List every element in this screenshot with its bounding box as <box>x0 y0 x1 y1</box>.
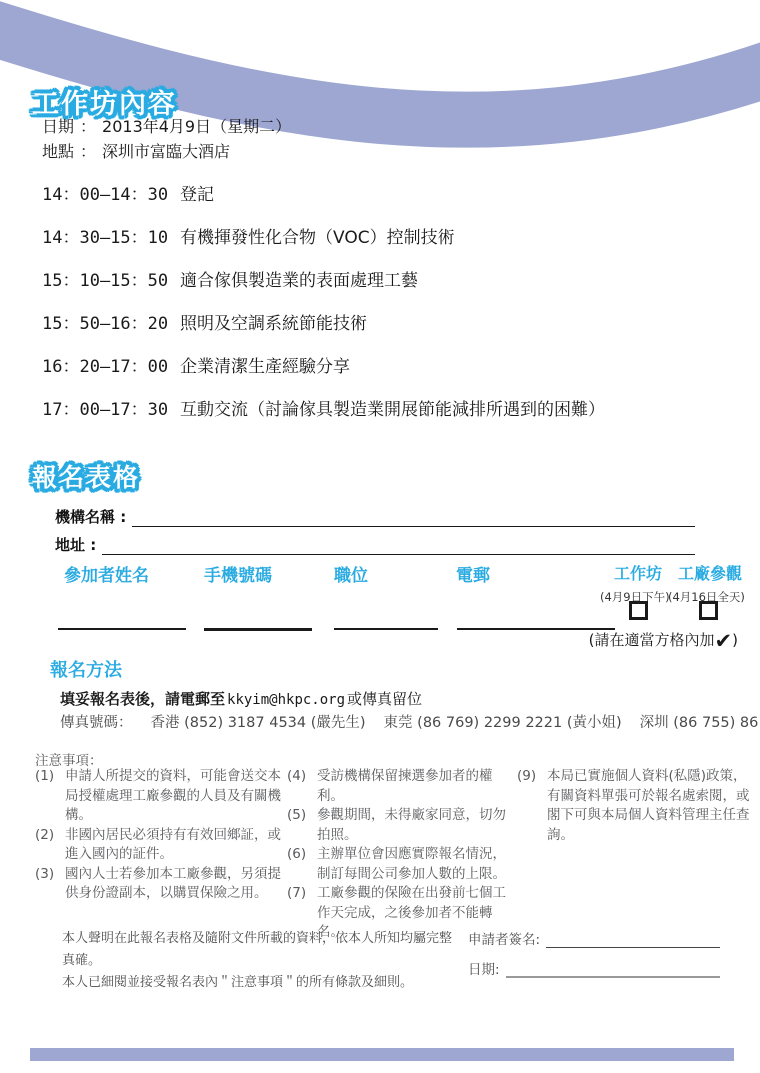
note-item: (4) 受訪機構保留揀選參加者的權利。 <box>287 767 519 806</box>
note-item: (6) 主辦單位會因應實際報名情況，制訂每間公司參加人數的上限。 <box>287 845 519 884</box>
venue-value: 深圳市富臨大酒店 <box>102 142 230 161</box>
signature-label: 申請者簽名: <box>468 928 540 948</box>
date-separator: ： <box>80 117 96 136</box>
fax-shenzhen: 深圳 (86 755) 8616 8811 (彭先生) <box>640 715 760 731</box>
schedule-row: 15：50—16：20 照明及空調系統節能技術 <box>42 309 605 352</box>
note-item: (3) 國內人士若參加本工廠參觀，另須提供身份證副本，以購買保險之用。 <box>35 865 291 904</box>
column-header-workshop: 工作坊 <box>614 561 662 584</box>
tick-instruction-text: (請在適當方格內加 <box>589 631 715 649</box>
mobile-number-input[interactable] <box>204 628 312 631</box>
schedule-activity: 企業清潔生產經驗分享 <box>180 352 350 377</box>
tick-instruction-close: ) <box>732 631 738 649</box>
note-number: (6) <box>287 845 317 884</box>
organisation-name-row: 機構名稱 : <box>55 506 695 527</box>
schedule-time: 17：00—17：30 <box>42 395 180 420</box>
factory-visit-checkbox[interactable] <box>699 601 718 620</box>
address-input[interactable] <box>102 536 695 555</box>
note-number: (3) <box>35 865 65 904</box>
note-item: (5) 參觀期間，未得廠家同意，切勿拍照。 <box>287 806 519 845</box>
event-info: 日期：2013年4月9日（星期二） 地點：深圳市富臨大酒店 <box>42 114 291 164</box>
fax-label: 傳真號碼： <box>60 715 133 731</box>
notes-column-2: (4) 受訪機構保留揀選參加者的權利。 (5) 參觀期間，未得廠家同意，切勿拍照… <box>287 767 519 943</box>
note-text: 申請人所提交的資料，可能會送交本局授權處理工廠參觀的人員及有關機構。 <box>65 767 291 826</box>
date-input[interactable] <box>506 961 720 978</box>
note-text: 國內人士若參加本工廠參觀，另須提供身份證副本，以購買保險之用。 <box>65 865 291 904</box>
note-number: (1) <box>35 767 65 826</box>
note-text: 受訪機構保留揀選參加者的權利。 <box>317 767 519 806</box>
schedule-activity: 適合傢俱製造業的表面處理工藝 <box>180 266 418 291</box>
organisation-name-input[interactable] <box>132 508 695 527</box>
date-row: 日期: <box>468 958 720 978</box>
checkmark-icon: ✔ <box>715 629 733 653</box>
note-text: 主辦單位會因應實際報名情況，制訂每間公司參加人數的上限。 <box>317 845 519 884</box>
address-row: 地址 : <box>55 534 695 555</box>
column-header-position: 職位 <box>334 561 368 586</box>
schedule-time: 14：30—15：10 <box>42 223 180 248</box>
note-number: (2) <box>35 826 65 865</box>
note-text: 參觀期間，未得廠家同意，切勿拍照。 <box>317 806 519 845</box>
footer-decoration-bar <box>30 1048 734 1061</box>
declaration-line-2: 本人已細閱並接受報名表內＂注意事項＂的所有條款及細則。 <box>62 972 464 994</box>
schedule-activity: 互動交流（討論傢具製造業開展節能減排所遇到的困難） <box>180 395 605 420</box>
date-value: 2013年4月9日（星期二） <box>102 117 291 136</box>
schedule-row: 17：00—17：30 互動交流（討論傢具製造業開展節能減排所遇到的困難） <box>42 395 605 438</box>
signature-row: 申請者簽名: <box>468 928 720 948</box>
schedule-row: 14：00—14：30 登記 <box>42 180 605 223</box>
column-header-participant-name: 參加者姓名 <box>64 561 149 586</box>
column-header-email: 電郵 <box>456 561 490 586</box>
event-venue-row: 地點：深圳市富臨大酒店 <box>42 139 291 164</box>
declaration-text: 本人聲明在此報名表格及隨附文件所載的資料，依本人所知均屬完整真確。 本人已細閱並… <box>62 928 464 994</box>
note-item: (1) 申請人所提交的資料，可能會送交本局授權處理工廠參觀的人員及有關機構。 <box>35 767 291 826</box>
schedule-time: 15：10—15：50 <box>42 266 180 291</box>
email-instruction-rest: 或傳真留位 <box>347 690 422 708</box>
venue-separator: ： <box>80 142 96 161</box>
organisation-name-label: 機構名稱 : <box>55 506 126 527</box>
registration-form-page: 工作坊內容 日期：2013年4月9日（星期二） 地點：深圳市富臨大酒店 14：0… <box>0 0 760 1073</box>
date-label: 日期 <box>42 117 74 136</box>
schedule-activity: 照明及空調系統節能技術 <box>180 309 367 334</box>
schedule-time: 16：20—17：00 <box>42 352 180 377</box>
registration-method-fax-line: 傳真號碼：香港 (852) 3187 4534 (嚴先生)東莞 (86 769)… <box>60 711 760 732</box>
declaration-line-1: 本人聲明在此報名表格及隨附文件所載的資料，依本人所知均屬完整真確。 <box>62 928 464 972</box>
registration-email-address: kkyim@hkpc.org <box>227 692 345 708</box>
note-number: (9) <box>517 767 547 845</box>
schedule-time: 15：50—16：20 <box>42 309 180 334</box>
fax-dongguan: 東莞 (86 769) 2299 2221 (黃小姐) <box>384 715 622 731</box>
participant-name-input[interactable] <box>58 628 186 630</box>
tick-instruction: (請在適當方格內加✔) <box>589 629 738 653</box>
note-text: 本局已實施個人資料(私隱)政策，有關資料單張可於報名處索閱，或閣下可與本局個人資… <box>547 767 757 845</box>
date-label: 日期: <box>468 958 500 978</box>
column-header-factory-visit: 工廠參觀 <box>678 561 742 584</box>
section-title-registration-method: 報名方法 <box>50 656 122 682</box>
schedule-time: 14：00—14：30 <box>42 180 180 205</box>
venue-label: 地點 <box>42 142 74 161</box>
schedule-row: 15：10—15：50 適合傢俱製造業的表面處理工藝 <box>42 266 605 309</box>
signature-block: 申請者簽名: 日期: <box>468 928 720 988</box>
schedule-row: 14：30—15：10 有機揮發性化合物（VOC）控制技術 <box>42 223 605 266</box>
fax-hongkong: 香港 (852) 3187 4534 (嚴先生) <box>151 715 366 731</box>
schedule-activity: 登記 <box>180 180 214 205</box>
note-text: 非國內居民必須持有有效回鄉証，或進入國內的証件。 <box>65 826 291 865</box>
note-number: (4) <box>287 767 317 806</box>
section-title-registration-form: 報名表格 <box>32 458 140 494</box>
event-date-row: 日期：2013年4月9日（星期二） <box>42 114 291 139</box>
position-input[interactable] <box>334 628 438 630</box>
signature-input[interactable] <box>546 932 720 948</box>
column-header-mobile-number: 手機號碼 <box>204 561 272 586</box>
note-number: (5) <box>287 806 317 845</box>
notes-title: 注意事項： <box>35 749 103 769</box>
workshop-checkbox[interactable] <box>629 601 648 620</box>
note-item: (2) 非國內居民必須持有有效回鄉証，或進入國內的証件。 <box>35 826 291 865</box>
schedule-row: 16：20—17：00 企業清潔生產經驗分享 <box>42 352 605 395</box>
email-instruction-bold: 填妥報名表後，請電郵至 <box>60 690 225 708</box>
schedule-list: 14：00—14：30 登記 14：30—15：10 有機揮發性化合物（VOC）… <box>42 180 605 438</box>
notes-column-3: (9) 本局已實施個人資料(私隱)政策，有關資料單張可於報名處索閱，或閣下可與本… <box>517 767 757 845</box>
notes-column-1: (1) 申請人所提交的資料，可能會送交本局授權處理工廠參觀的人員及有關機構。 (… <box>35 767 291 904</box>
address-label: 地址 : <box>55 534 96 555</box>
registration-method-email-line: 填妥報名表後，請電郵至kkyim@hkpc.org或傳真留位 <box>60 688 422 709</box>
note-item: (9) 本局已實施個人資料(私隱)政策，有關資料單張可於報名處索閱，或閣下可與本… <box>517 767 757 845</box>
schedule-activity: 有機揮發性化合物（VOC）控制技術 <box>180 223 455 248</box>
